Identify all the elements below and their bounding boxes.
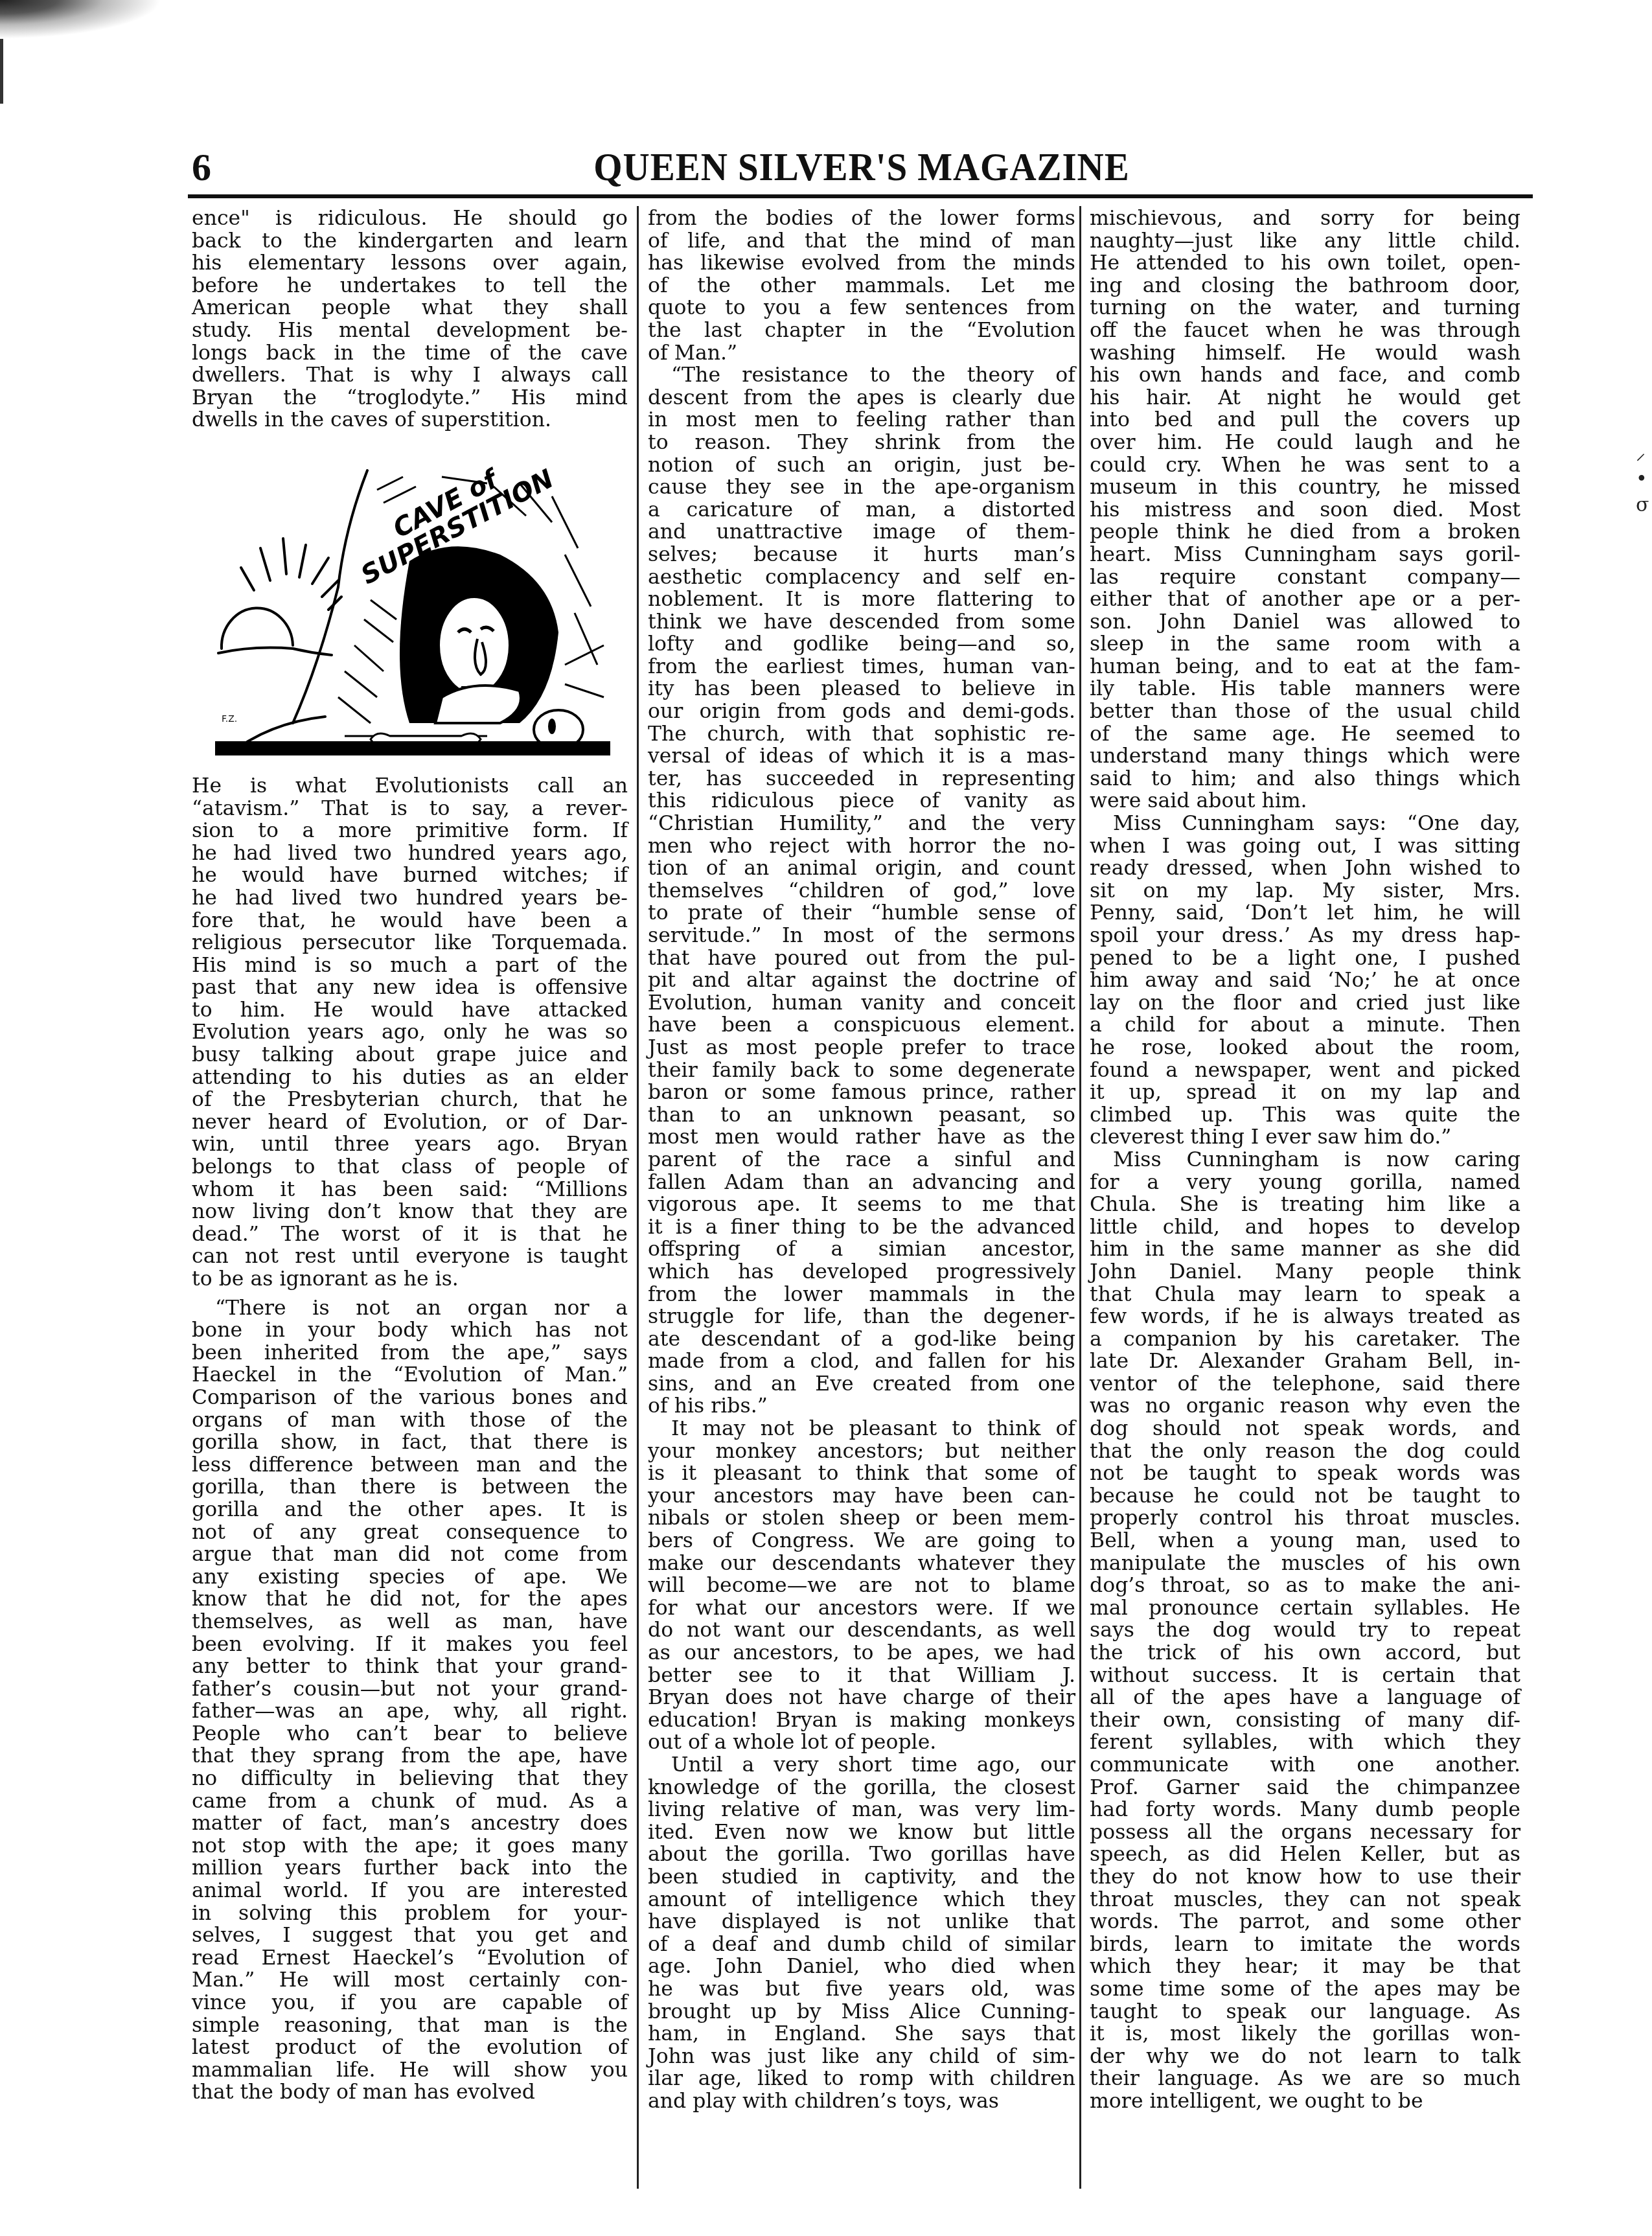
text-line: notion of such an origin, just be- bbox=[648, 454, 1075, 477]
scan-edge bbox=[0, 39, 3, 104]
text-line: off the faucet when he was through bbox=[1090, 319, 1520, 342]
text-line: dwells in the caves of superstition. bbox=[192, 409, 628, 432]
text-line: sit on my lap. My sister, Mrs. bbox=[1090, 880, 1520, 903]
column-2: from the bodies of the lower formsof lif… bbox=[648, 207, 1075, 2112]
text-line: not stop with the ape; it goes many bbox=[192, 1835, 628, 1858]
text-line: better see to it that William J. bbox=[648, 1665, 1075, 1687]
text-line: gorilla and the other apes. It is bbox=[192, 1499, 628, 1521]
text-line: argue that man did not come from bbox=[192, 1543, 628, 1566]
paragraph: “There is not an organ nor abone in your… bbox=[192, 1297, 628, 2104]
text-line: of a deaf and dumb child of similar bbox=[648, 1933, 1075, 1956]
text-line: fore that, he would have been a bbox=[192, 910, 628, 932]
text-line: over him. He could laugh and he bbox=[1090, 432, 1520, 454]
text-line: of the Presbyterian church, that he bbox=[192, 1089, 628, 1111]
text-line: ate descendant of a god-like being bbox=[648, 1328, 1075, 1351]
column-3: mischievous, and sorry for beingnaughty—… bbox=[1090, 207, 1520, 2112]
text-line: museum in this country, he missed bbox=[1090, 476, 1520, 499]
scan-artifact bbox=[0, 0, 162, 39]
paragraph: Miss Cunningham says: “One day,when I wa… bbox=[1090, 813, 1520, 1149]
paragraph: It may not be pleasant to think ofyour m… bbox=[648, 1418, 1075, 1754]
text-line: quote to you a few sentences from bbox=[648, 297, 1075, 319]
text-line: Chula. She is treating him like a bbox=[1090, 1193, 1520, 1216]
text-line: before he undertakes to tell the bbox=[192, 275, 628, 297]
text-line: into bed and pull the covers up bbox=[1090, 409, 1520, 432]
text-line: Penny, said, ‘Don’t let him, he will bbox=[1090, 902, 1520, 925]
paragraph: “The resistance to the theory ofdescent … bbox=[648, 364, 1075, 1418]
text-line: Until a very short time ago, our bbox=[648, 1754, 1075, 1777]
text-line: to reason. They shrink from the bbox=[648, 432, 1075, 454]
text-line: than to an unknown peasant, so bbox=[648, 1104, 1075, 1127]
page-number: 6 bbox=[192, 141, 211, 193]
text-line: matter of fact, man’s ancestry does bbox=[192, 1812, 628, 1835]
text-line: der why we do not learn to talk bbox=[1090, 2046, 1520, 2068]
text-line: for a very young gorilla, named bbox=[1090, 1171, 1520, 1194]
text-line: of Man.” bbox=[648, 342, 1075, 365]
text-line: ter, has succeeded in representing bbox=[648, 768, 1075, 790]
text-line: Bryan the “troglodyte.” His mind bbox=[192, 387, 628, 409]
header-rule bbox=[188, 194, 1533, 198]
text-line: baron or some famous prince, rather bbox=[648, 1081, 1075, 1104]
text-line: that the body of man has evolved bbox=[192, 2081, 628, 2104]
text-line: your ancestors may have been can- bbox=[648, 1485, 1075, 1508]
text-line: Bell, when a young man, used to bbox=[1090, 1530, 1520, 1552]
text-line: He attended to his own toilet, open- bbox=[1090, 252, 1520, 275]
paragraph: from the bodies of the lower formsof lif… bbox=[648, 207, 1075, 364]
text-line: vince you, if you are capable of bbox=[192, 1992, 628, 2014]
text-line: his own hands and face, and comb bbox=[1090, 364, 1520, 387]
text-line: possess all the organs necessary for bbox=[1090, 1821, 1520, 1844]
text-line: vigorous ape. It seems to me that bbox=[648, 1193, 1075, 1216]
text-line: dog’s throat, so as to make the ani- bbox=[1090, 1574, 1520, 1597]
text-line: ready dressed, when John wished to bbox=[1090, 857, 1520, 880]
text-line: animal world. If you are interested bbox=[192, 1880, 628, 1902]
text-line: all of the apes have a language of bbox=[1090, 1687, 1520, 1709]
text-line: that have poured out from the pul- bbox=[648, 947, 1075, 970]
text-line: was no organic reason why even the bbox=[1090, 1395, 1520, 1418]
text-line: “There is not an organ nor a bbox=[192, 1297, 628, 1320]
text-line: turning on the water, and turning bbox=[1090, 297, 1520, 319]
text-line: ing and closing the bathroom door, bbox=[1090, 275, 1520, 297]
text-line: have displayed is not unlike that bbox=[648, 1911, 1075, 1933]
text-line: cleverest thing I ever saw him do.” bbox=[1090, 1126, 1520, 1149]
text-line: mal pronounce certain syllables. He bbox=[1090, 1597, 1520, 1620]
text-line: ham, in England. She says that bbox=[648, 2023, 1075, 2046]
text-line: American people what they shall bbox=[192, 297, 628, 319]
text-line: servitude.” In most of the sermons bbox=[648, 925, 1075, 947]
text-line: our origin from gods and demi-gods. bbox=[648, 700, 1075, 723]
text-line: understand many things which were bbox=[1090, 745, 1520, 768]
text-line: gorilla show, in fact, that there is bbox=[192, 1431, 628, 1454]
text-line: heart. Miss Cunningham says goril- bbox=[1090, 544, 1520, 566]
cartoon-illustration: CAVE of SUPERSTITION F.Z. bbox=[215, 451, 610, 755]
text-line: nibals or stolen sheep or been mem- bbox=[648, 1507, 1075, 1530]
text-line: less difference between man and the bbox=[192, 1454, 628, 1477]
text-line: ilar age, liked to romp with children bbox=[648, 2068, 1075, 2090]
text-line: Miss Cunningham is now caring bbox=[1090, 1149, 1520, 1171]
text-line: his mistress and soon died. Most bbox=[1090, 499, 1520, 522]
text-line: spoil your dress.’ As my dress hap- bbox=[1090, 925, 1520, 947]
text-line: selves, I suggest that you get and bbox=[192, 1924, 628, 1947]
text-line: because he could not be taught to bbox=[1090, 1485, 1520, 1508]
text-line: few words, if he is always treated as bbox=[1090, 1306, 1520, 1328]
text-line: It may not be pleasant to think of bbox=[648, 1418, 1075, 1440]
text-line: late Dr. Alexander Graham Bell, in- bbox=[1090, 1350, 1520, 1373]
column-divider bbox=[1079, 206, 1081, 2189]
text-line: John was just like any child of sim- bbox=[648, 2046, 1075, 2068]
text-line: attending to his duties as an elder bbox=[192, 1066, 628, 1089]
text-line: father’s cousin—but not your grand- bbox=[192, 1678, 628, 1701]
text-line: offspring of a simian ancestor, bbox=[648, 1238, 1075, 1261]
text-line: their own, consisting of many dif- bbox=[1090, 1709, 1520, 1732]
text-line: communicate with one another. bbox=[1090, 1754, 1520, 1777]
magazine-title: QUEEN SILVER'S MAGAZINE bbox=[246, 141, 1478, 193]
text-line: lofty and godlike being—and so, bbox=[648, 633, 1075, 656]
text-line: make our descendants whatever they bbox=[648, 1552, 1075, 1575]
text-line: ventor of the telephone, said there bbox=[1090, 1373, 1520, 1396]
paragraph: Until a very short time ago, ourknowledg… bbox=[648, 1754, 1075, 2113]
text-line: says the dog would try to repeat bbox=[1090, 1619, 1520, 1642]
text-line: Just as most people prefer to trace bbox=[648, 1037, 1075, 1059]
text-line: to be as ignorant as he is. bbox=[192, 1268, 628, 1291]
text-line: father—was an ape, why, all right. bbox=[192, 1700, 628, 1723]
text-line: from the lower mammals in the bbox=[648, 1284, 1075, 1306]
text-line: and unattractive image of them- bbox=[648, 521, 1075, 544]
text-line: education! Bryan is making monkeys bbox=[648, 1709, 1075, 1732]
text-line: mischievous, and sorry for being bbox=[1090, 207, 1520, 230]
text-line: las require constant company— bbox=[1090, 566, 1520, 589]
text-line: speech, as did Helen Keller, but as bbox=[1090, 1843, 1520, 1866]
text-line: know that he did not, for the apes bbox=[192, 1588, 628, 1611]
text-line: aesthetic complacency and self en- bbox=[648, 566, 1075, 589]
text-line: not be taught to speak words was bbox=[1090, 1462, 1520, 1485]
text-line: pened to be a light one, I pushed bbox=[1090, 947, 1520, 970]
text-line: think we have descended from some bbox=[648, 611, 1075, 634]
text-line: it is a finer thing to be the advanced bbox=[648, 1216, 1075, 1239]
text-line: men who reject with horror the no- bbox=[648, 835, 1075, 858]
text-line: dog should not speak words, and bbox=[1090, 1418, 1520, 1440]
text-line: struggle for life, than the degener- bbox=[648, 1306, 1075, 1328]
text-line: they do not know how to use their bbox=[1090, 1866, 1520, 1889]
text-line: tion of an animal origin, and count bbox=[648, 857, 1075, 880]
text-line: their language. As we are so much bbox=[1090, 2068, 1520, 2090]
text-line: win, until three years ago. Bryan bbox=[192, 1133, 628, 1156]
text-line: could cry. When he was sent to a bbox=[1090, 454, 1520, 477]
text-line: been evolving. If it makes you feel bbox=[192, 1633, 628, 1656]
artist-signature: F.Z. bbox=[222, 708, 237, 731]
text-line: taught to speak our language. As bbox=[1090, 2001, 1520, 2023]
text-line: themselves “children of god,” love bbox=[648, 880, 1075, 903]
text-line: bers of Congress. We are going to bbox=[648, 1530, 1075, 1552]
text-line: never heard of Evolution, or of Dar- bbox=[192, 1111, 628, 1134]
text-line: the last chapter in the “Evolution bbox=[648, 319, 1075, 342]
text-line: son. John Daniel was allowed to bbox=[1090, 611, 1520, 634]
text-line: ily table. His table manners were bbox=[1090, 678, 1520, 700]
text-line: can not rest until everyone is taught bbox=[192, 1245, 628, 1268]
text-line: that Chula may learn to speak a bbox=[1090, 1284, 1520, 1306]
text-line: of the same age. He seemed to bbox=[1090, 723, 1520, 746]
text-line: a child for about a minute. Then bbox=[1090, 1014, 1520, 1037]
text-line: lay on the floor and cried just like bbox=[1090, 992, 1520, 1015]
column-divider bbox=[637, 206, 639, 2189]
text-line: any existing species of ape. We bbox=[192, 1566, 628, 1589]
text-line: he had lived two hundred years be- bbox=[192, 887, 628, 910]
paragraph: mischievous, and sorry for beingnaughty—… bbox=[1090, 207, 1520, 813]
text-line: of life, and that the mind of man bbox=[648, 230, 1075, 253]
page-header: 6 QUEEN SILVER'S MAGAZINE bbox=[192, 141, 1532, 194]
text-line: throat muscles, they can not speak bbox=[1090, 1889, 1520, 1911]
text-line: in solving this problem for your- bbox=[192, 1902, 628, 1925]
text-line: Man.” He will most certainly con- bbox=[192, 1969, 628, 1992]
text-line: more intelligent, we ought to be bbox=[1090, 2090, 1520, 2113]
scan-margin-marks: ⸝•σ bbox=[1636, 441, 1649, 570]
cave-cartoon-icon bbox=[215, 451, 610, 755]
text-line: birds, learn to imitate the words bbox=[1090, 1933, 1520, 1956]
text-line: he had lived two hundred years ago, bbox=[192, 842, 628, 865]
text-line: it up, spread it on my lap and bbox=[1090, 1081, 1520, 1104]
text-line: now living don’t know that they are bbox=[192, 1201, 628, 1223]
text-line: descent from the apes is clearly due bbox=[648, 387, 1075, 409]
text-line: do not want our descendants, as well bbox=[648, 1619, 1075, 1642]
text-line: fallen Adam than an advancing and bbox=[648, 1171, 1075, 1194]
text-line: “atavism.” That is to say, a rever- bbox=[192, 798, 628, 820]
paragraph: Miss Cunningham is now caringfor a very … bbox=[1090, 1149, 1520, 2113]
text-line: themselves, as well as man, have bbox=[192, 1611, 628, 1633]
text-line: in most men to feeling rather than bbox=[648, 409, 1075, 432]
text-line: either that of another ape or a per- bbox=[1090, 588, 1520, 611]
text-line: naughty—just like any little child. bbox=[1090, 230, 1520, 253]
text-line: is it pleasant to think that some of bbox=[648, 1462, 1075, 1485]
text-line: sion to a more primitive form. If bbox=[192, 820, 628, 842]
text-line: some time some of the apes may be bbox=[1090, 1978, 1520, 2001]
text-line: have been a conspicuous element. bbox=[648, 1014, 1075, 1037]
text-line: out of a whole lot of people. bbox=[648, 1731, 1075, 1754]
text-line: study. His mental development be- bbox=[192, 319, 628, 342]
text-line: ited. Even now we know but little bbox=[648, 1821, 1075, 1844]
text-line: million years further back into the bbox=[192, 1857, 628, 1880]
text-line: People who can’t bear to believe bbox=[192, 1723, 628, 1746]
text-line: “The resistance to the theory of bbox=[648, 364, 1075, 387]
text-line: simple reasoning, that man is the bbox=[192, 2014, 628, 2037]
text-line: versal of ideas of which it is a mas- bbox=[648, 745, 1075, 768]
text-line: amount of intelligence which they bbox=[648, 1889, 1075, 1911]
text-line: Haeckel in the “Evolution of Man.” bbox=[192, 1364, 628, 1387]
text-line: he was but five years old, was bbox=[648, 1978, 1075, 2001]
text-line: properly control his throat muscles. bbox=[1090, 1507, 1520, 1530]
text-line: age. John Daniel, who died when bbox=[648, 1955, 1075, 1978]
text-line: to prate of their “humble sense of bbox=[648, 902, 1075, 925]
text-line: were said about him. bbox=[1090, 790, 1520, 813]
text-line: parent of the race a sinful and bbox=[648, 1149, 1075, 1171]
text-line: ity has been pleased to believe in bbox=[648, 678, 1075, 700]
text-line: as our ancestors, to be apes, we had bbox=[648, 1642, 1075, 1665]
text-line: words. The parrot, and some other bbox=[1090, 1911, 1520, 1933]
text-line: Prof. Garner said the chimpanzee bbox=[1090, 1777, 1520, 1799]
text-line: cause they see in the ape-organism bbox=[648, 476, 1075, 499]
text-line: no difficulty in believing that they bbox=[192, 1768, 628, 1790]
text-line: most men would rather have as the bbox=[648, 1126, 1075, 1149]
text-line: pit and altar against the doctrine of bbox=[648, 969, 1075, 992]
text-line: about the gorilla. Two gorillas have bbox=[648, 1843, 1075, 1866]
text-line: which has developed progressively bbox=[648, 1261, 1075, 1284]
text-line: Bryan does not have charge of their bbox=[648, 1687, 1075, 1709]
text-line: human being, and to eat at the fam- bbox=[1090, 656, 1520, 678]
column-1: ence" is ridiculous. He should goback to… bbox=[192, 207, 628, 2104]
text-line: found a newspaper, went and picked bbox=[1090, 1059, 1520, 1082]
text-line: “Christian Humility,” and the very bbox=[648, 813, 1075, 835]
text-line: that the only reason the dog could bbox=[1090, 1440, 1520, 1463]
text-line: said to him; and also things which bbox=[1090, 768, 1520, 790]
text-line: ence" is ridiculous. He should go bbox=[192, 207, 628, 230]
text-line: The church, with that sophistic re- bbox=[648, 723, 1075, 746]
text-line: sleep in the same room with a bbox=[1090, 633, 1520, 656]
text-line: and play with children’s toys, was bbox=[648, 2090, 1075, 2113]
text-line: for what our ancestors were. If we bbox=[648, 1597, 1075, 1620]
text-line: their family back to some degenerate bbox=[648, 1059, 1075, 1082]
text-line: brought up by Miss Alice Cunning- bbox=[648, 2001, 1075, 2023]
text-line: He is what Evolutionists call an bbox=[192, 775, 628, 798]
text-line: knowledge of the gorilla, the closest bbox=[648, 1777, 1075, 1799]
text-line: had forty words. Many dumb people bbox=[1090, 1799, 1520, 1821]
text-line: any better to think that your grand- bbox=[192, 1655, 628, 1678]
text-line: his elementary lessons over again, bbox=[192, 252, 628, 275]
text-line: your monkey ancestors; but neither bbox=[648, 1440, 1075, 1463]
text-line: John Daniel. Many people think bbox=[1090, 1261, 1520, 1284]
text-line: past that any new idea is offensive bbox=[192, 976, 628, 999]
text-line: that they sprang from the ape, have bbox=[192, 1745, 628, 1768]
text-line: this ridiculous piece of vanity as bbox=[648, 790, 1075, 813]
text-line: living relative of man, was very lim- bbox=[648, 1799, 1075, 1821]
text-line: mammalian life. He will show you bbox=[192, 2059, 628, 2082]
text-line: manipulate the muscles of his own bbox=[1090, 1552, 1520, 1575]
text-line: gorilla, than there is between the bbox=[192, 1476, 628, 1499]
text-line: climbed up. This was quite the bbox=[1090, 1104, 1520, 1127]
text-line: has likewise evolved from the minds bbox=[648, 252, 1075, 275]
text-line: not of any great consequence to bbox=[192, 1521, 628, 1544]
text-line: washing himself. He would wash bbox=[1090, 342, 1520, 365]
text-line: ferent syllables, with which they bbox=[1090, 1731, 1520, 1754]
text-line: he would have burned witches; if bbox=[192, 864, 628, 887]
text-line: came from a chunk of mud. As a bbox=[192, 1790, 628, 1813]
text-line: it is, most likely the gorillas won- bbox=[1090, 2023, 1520, 2046]
text-line: His mind is so much a part of the bbox=[192, 954, 628, 977]
text-line: longs back in the time of the cave bbox=[192, 342, 628, 365]
text-line: he rose, looked about the room, bbox=[1090, 1037, 1520, 1059]
text-line: Evolution, human vanity and conceit bbox=[648, 992, 1075, 1015]
text-line: belongs to that class of people of bbox=[192, 1156, 628, 1179]
paragraph: ence" is ridiculous. He should goback to… bbox=[192, 207, 628, 432]
text-line: Miss Cunningham says: “One day, bbox=[1090, 813, 1520, 835]
text-line: sins, and an Eve created from one bbox=[648, 1373, 1075, 1396]
text-line: latest product of the evolution of bbox=[192, 2036, 628, 2059]
text-line: busy talking about grape juice and bbox=[192, 1044, 628, 1066]
text-line: from the earliest times, human van- bbox=[648, 656, 1075, 678]
text-line: of the other mammals. Let me bbox=[648, 275, 1075, 297]
paragraph: He is what Evolutionists call an“atavism… bbox=[192, 775, 628, 1291]
text-line: a caricature of man, a distorted bbox=[648, 499, 1075, 522]
text-line: when I was going out, I was sitting bbox=[1090, 835, 1520, 858]
text-line: people think he died from a broken bbox=[1090, 521, 1520, 544]
text-line: of his ribs.” bbox=[648, 1395, 1075, 1418]
text-line: which they hear; it may be that bbox=[1090, 1955, 1520, 1978]
text-line: whom it has been said: “Millions bbox=[192, 1179, 628, 1201]
text-line: read Ernest Haeckel’s “Evolution of bbox=[192, 1947, 628, 1970]
text-line: dead.” The worst of it is that he bbox=[192, 1223, 628, 1246]
text-line: the trick of his own accord, but bbox=[1090, 1642, 1520, 1665]
text-line: him away and said ‘No;’ he at once bbox=[1090, 969, 1520, 992]
text-line: his hair. At night he would get bbox=[1090, 387, 1520, 409]
text-line: organs of man with those of the bbox=[192, 1409, 628, 1432]
text-line: bone in your body which has not bbox=[192, 1319, 628, 1342]
text-line: been inherited from the ape,” says bbox=[192, 1342, 628, 1365]
text-line: back to the kindergarten and learn bbox=[192, 230, 628, 253]
text-line: been studied in captivity, and the bbox=[648, 1866, 1075, 1889]
text-line: Comparison of the various bones and bbox=[192, 1387, 628, 1409]
text-line: him in the same manner as she did bbox=[1090, 1238, 1520, 1261]
text-line: will become—we are not to blame bbox=[648, 1574, 1075, 1597]
text-line: selves; because it hurts man’s bbox=[648, 544, 1075, 566]
text-line: to him. He would have attacked bbox=[192, 999, 628, 1022]
text-line: made from a clod, and fallen for his bbox=[648, 1350, 1075, 1373]
text-line: noblement. It is more flattering to bbox=[648, 588, 1075, 611]
text-line: dwellers. That is why I always call bbox=[192, 364, 628, 387]
text-line: Evolution years ago, only he was so bbox=[192, 1021, 628, 1044]
text-line: a companion by his caretaker. The bbox=[1090, 1328, 1520, 1351]
text-line: little child, and hopes to develop bbox=[1090, 1216, 1520, 1239]
text-line: better than those of the usual child bbox=[1090, 700, 1520, 723]
text-line: without success. It is certain that bbox=[1090, 1665, 1520, 1687]
text-line: religious persecutor like Torquemada. bbox=[192, 932, 628, 954]
text-line: from the bodies of the lower forms bbox=[648, 207, 1075, 230]
